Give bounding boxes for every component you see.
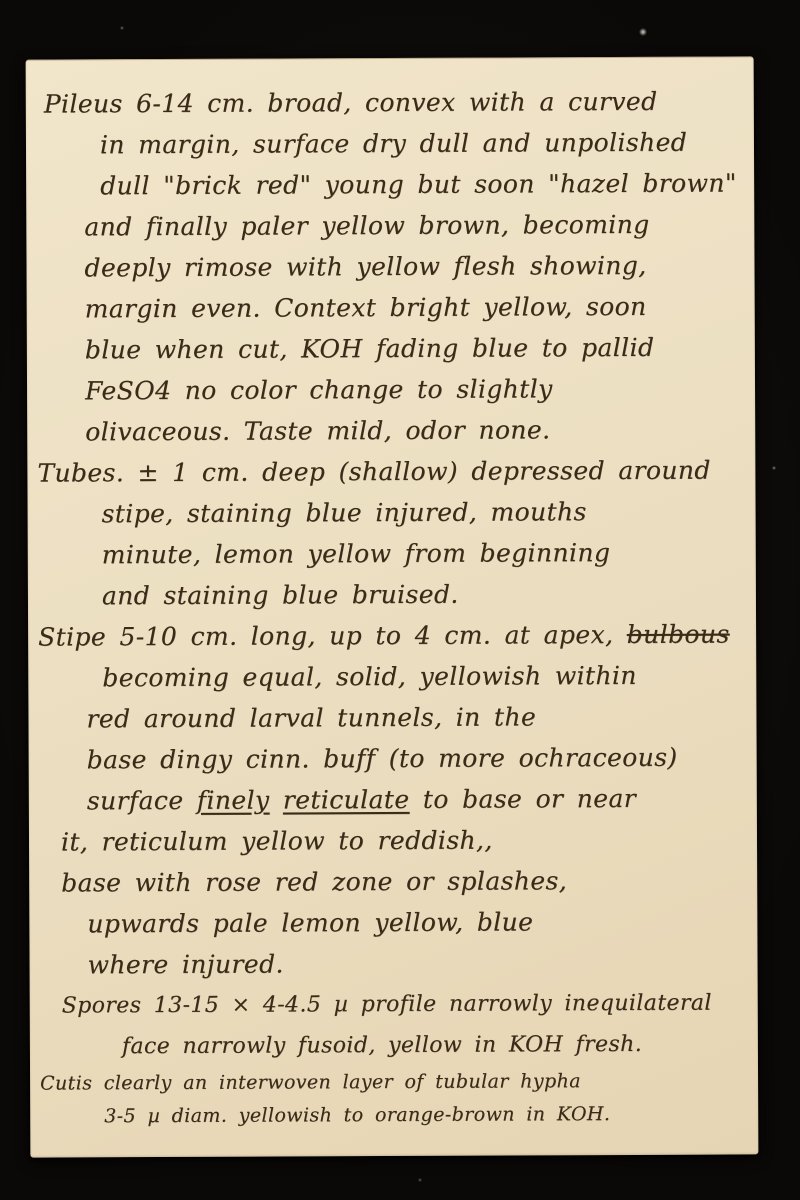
handwritten-text: Pileus 6-14 cm. broad, convex with a cur… — [26, 56, 759, 1133]
struck-word: bulbous — [627, 620, 730, 649]
line-segment: surface — [87, 786, 197, 815]
handwritten-line: FeSO4 no color change to slightly — [85, 367, 755, 411]
handwritten-line: and finally paler yellow brown, becoming — [84, 203, 754, 247]
line-segment — [269, 785, 282, 814]
note-card: Pileus 6-14 cm. broad, convex with a cur… — [26, 56, 759, 1157]
handwritten-line: Tubes. ± 1 cm. deep (shallow) depressed … — [37, 449, 755, 493]
handwritten-line: blue when cut, KOH fading blue to pallid — [85, 326, 755, 370]
underlined-word: finely — [197, 786, 270, 815]
handwritten-line: where injured. — [87, 941, 757, 985]
handwritten-line: base dingy cinn. buff (to more ochraceou… — [87, 736, 757, 780]
handwritten-line: surface finely reticulate to base or nea… — [87, 777, 757, 821]
line-segment: to base or near — [409, 784, 636, 814]
handwritten-line: upwards pale lemon yellow, blue — [87, 900, 757, 944]
underlined-word: reticulate — [283, 785, 410, 815]
handwritten-line: Pileus 6-14 cm. broad, convex with a cur… — [44, 80, 754, 124]
handwritten-line: in margin, surface dry dull and unpolish… — [100, 121, 754, 165]
handwritten-line: dull "brick red" young but soon "hazel b… — [100, 162, 754, 206]
handwritten-line: and staining blue bruised. — [102, 572, 756, 616]
handwritten-line: red around larval tunnels, in the — [86, 695, 756, 739]
handwritten-line: Cutis clearly an interwoven layer of tub… — [40, 1064, 758, 1100]
handwritten-line: Stipe 5-10 cm. long, up to 4 cm. at apex… — [38, 613, 756, 657]
handwritten-line: olivaceous. Taste mild, odor none. — [85, 408, 755, 452]
photo-background: Pileus 6-14 cm. broad, convex with a cur… — [0, 0, 800, 1200]
handwritten-line: face narrowly fusoid, yellow in KOH fres… — [122, 1023, 758, 1067]
handwritten-line: margin even. Context bright yellow, soon — [85, 285, 755, 329]
handwritten-line: becoming equal, solid, yellowish within — [102, 654, 756, 698]
handwritten-line: minute, lemon yellow from beginning — [102, 531, 756, 575]
handwritten-line: base with rose red zone or splashes, — [61, 859, 757, 903]
handwritten-line: Spores 13-15 × 4-4.5 µ profile narrowly … — [62, 982, 758, 1026]
line-segment: Stipe 5-10 cm. long, up to 4 cm. at apex… — [38, 620, 627, 652]
handwritten-line: stipe, staining blue injured, mouths — [102, 490, 756, 534]
handwritten-line: deeply rimose with yellow flesh showing, — [84, 244, 754, 288]
handwritten-line: it, reticulum yellow to reddish,, — [61, 818, 757, 862]
handwritten-line: 3-5 µ diam. yellowish to orange-brown in… — [104, 1097, 758, 1133]
